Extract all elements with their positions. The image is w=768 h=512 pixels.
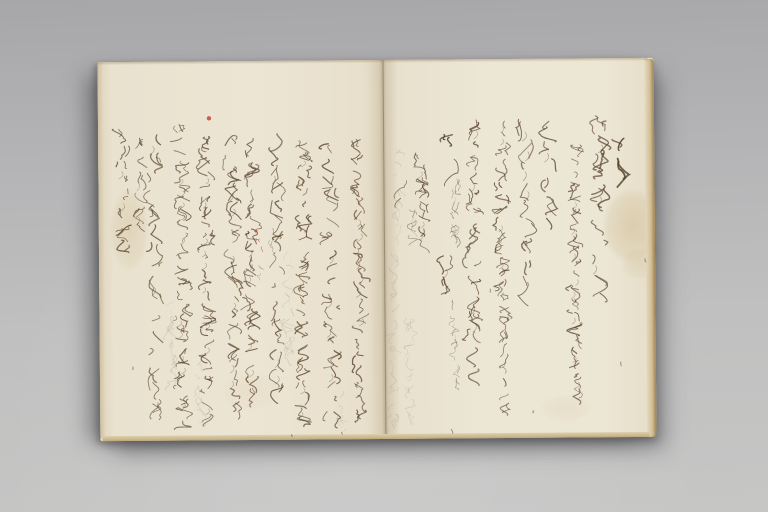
ink-speck — [621, 362, 622, 366]
calligraphy-column: ねつもしのたちわしもる — [590, 116, 612, 302]
ink-speck — [291, 435, 292, 437]
calligraphy-column: 侍く戒ともあられとりしとふつとそれましこりもれと — [492, 121, 513, 415]
calligraphy-column: あるひとくし — [450, 179, 461, 247]
red-reading-mark — [207, 116, 211, 120]
calligraphy-column: 伊勢乃汝を岩干 — [449, 300, 460, 390]
ink-speck — [341, 432, 342, 434]
calligraphy-column — [194, 361, 206, 428]
calligraphy-column: やくれてやくもやくせくちくはくそまつくましくあし — [293, 141, 315, 427]
calligraphy-column: 勝負 — [258, 239, 263, 252]
ink-speck — [451, 429, 452, 433]
ink-speck — [645, 259, 646, 262]
calligraphy-column: 棄取 — [612, 138, 629, 187]
ink-speck — [128, 189, 129, 194]
calligraphy-column: ほよくならんかわちまけ世しるまいくします乃 — [240, 138, 264, 407]
photo-backdrop: 棄取ねつもしのたちわしもるうしの入日うちゐの移りて先たちもやて独りこちます中を御… — [0, 0, 768, 512]
calligraphy-column — [383, 253, 401, 441]
calligraphy-column: むゝ火はそれへん — [414, 153, 430, 253]
calligraphy-column: うしの入日うちゐの移りて先たちもやて独り — [565, 145, 586, 405]
calligraphy-column: 園碁乃好千九條殿翁まうりてあつ人武徳 — [223, 135, 244, 419]
calligraphy-column: 輸贏 — [268, 229, 274, 253]
calligraphy-column: をヘてゑくし — [133, 138, 147, 231]
red-reading-mark — [254, 229, 257, 232]
calligraphy-column: 頭證 — [440, 135, 458, 186]
calligraphy-column: 御前もてとり中くや — [516, 119, 537, 306]
calligraphy-column: こくとこくり又そくり多うちこちらくしく — [319, 144, 342, 428]
calligraphy-column: めくほしくハおくしりくちやくの浅 — [267, 134, 287, 404]
calligraphy-column: こちます中を — [539, 121, 558, 229]
calligraphy-column: かち — [257, 266, 264, 281]
calligraphy-column: あられそくそちゆりせくしほつ引訳表ほますろ試みとくべ — [170, 125, 193, 430]
calligraphy-column: 原くれハいゆくくしもんようくのへくくとくとわぬし — [196, 137, 217, 426]
calligraphy-column: 人乃ほく多わりほへ内すと試いくれぬそれる — [350, 139, 371, 422]
calligraphy-column: 刀平記 — [407, 210, 417, 246]
calligraphy-column: かくゆ小られ乃蚕そうありもんよ — [460, 120, 484, 386]
calligraphy-column: 圍碁ト冑もよと云事あれハ迂う身正 — [143, 135, 164, 420]
calligraphy-column — [404, 318, 418, 426]
calligraphy-layer: 棄取ねつもしのたちわしもるうしの入日うちゐの移りて先たちもやて独りこちます中を御… — [98, 58, 657, 441]
manuscript-book: 棄取ねつもしのたちわしもるうしの入日うちゐの移りて先たちもやて独りこちます中を御… — [98, 58, 657, 441]
ink-speck — [533, 411, 534, 413]
calligraphy-column: 九日ミそまいり袴 — [112, 129, 131, 252]
calligraphy-column — [279, 252, 296, 366]
calligraphy-column: 見池 — [437, 256, 453, 295]
calligraphy-column — [163, 301, 179, 390]
